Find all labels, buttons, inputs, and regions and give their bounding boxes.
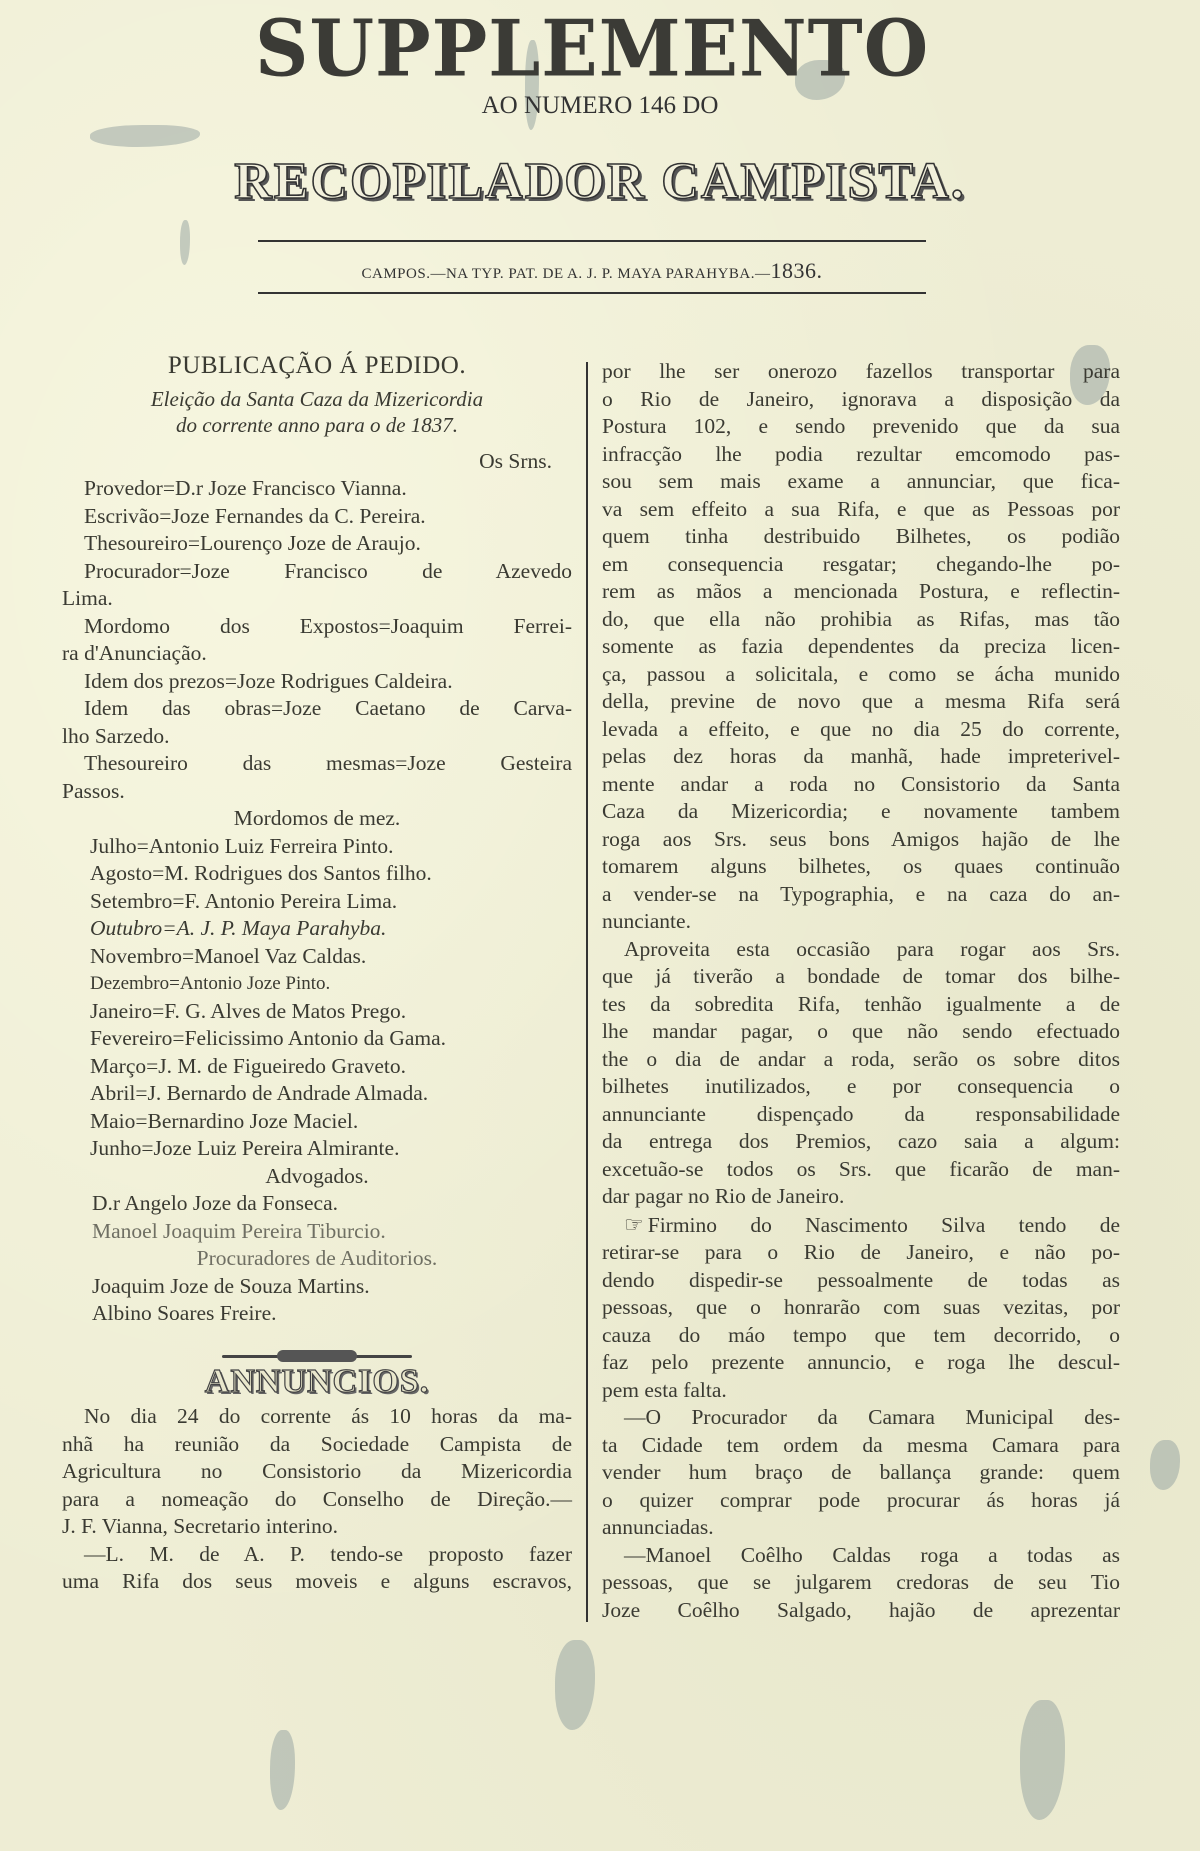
annuncio-line: uma Rifa dos seus moveis e alguns escrav… — [62, 1568, 572, 1596]
masthead-rule-top — [258, 240, 926, 242]
text-line: roga aos Srs. seus bons Amigos hajão de … — [602, 826, 1120, 854]
annuncio-line: para a nomeação do Conselho de Direção.— — [62, 1486, 572, 1514]
text-line: sou sem mais exame a annunciar, que fica… — [602, 468, 1120, 496]
text-line: Joze Coêlho Salgado, hajão de aprezentar — [602, 1597, 1120, 1625]
rifa-continuation: por lhe ser onerozo fazellos transportar… — [602, 358, 1120, 936]
procuradores-list: Joaquim Joze de Souza Martins. Albino So… — [62, 1273, 572, 1328]
text-line: o Rio de Janeiro, ignorava a disposição … — [602, 386, 1120, 414]
issue-number-line: AO NUMERO 146 DO — [0, 92, 1200, 120]
text-line: pelas dez horas da manhã, hade impreteri… — [602, 743, 1120, 771]
advogados-list: D.r Angelo Joze da Fonseca. Manoel Joaqu… — [62, 1190, 572, 1245]
mordomo-entry: Novembro=Manoel Vaz Caldas. — [90, 943, 572, 971]
water-stain — [555, 1640, 595, 1730]
procurador-entry: Joaquim Joze de Souza Martins. — [92, 1273, 572, 1301]
text-line: levada a effeito, e que no dia 25 do cor… — [602, 716, 1120, 744]
manoel-caldas-paragraph: —Manoel Coêlho Caldas roga a todas as pe… — [602, 1542, 1120, 1625]
masthead-rule-bottom — [258, 292, 926, 294]
annuncio-line: Agricultura no Consistorio da Mizericord… — [62, 1458, 572, 1486]
text-line: nunciante. — [602, 908, 1120, 936]
mordomo-entry: Fevereiro=Felicissimo Antonio da Gama. — [90, 1025, 572, 1053]
text-line: Aproveita esta occasião para rogar aos S… — [602, 936, 1120, 964]
water-stain — [180, 220, 190, 265]
left-column: PUBLICAÇÃO Á PEDIDO. Eleição da Santa Ca… — [62, 352, 572, 1596]
text-line: tomarem alguns bilhetes, os quaes contin… — [602, 853, 1120, 881]
imprint-year: 1836. — [771, 258, 823, 283]
mordomo-entry: Janeiro=F. G. Alves de Matos Prego. — [90, 998, 572, 1026]
text-line: ça, passou a solicitala, e como se ácha … — [602, 661, 1120, 689]
mordomo-entry: Agosto=M. Rodrigues dos Santos filho. — [90, 860, 572, 888]
text-line: ta Cidade tem ordem da mesma Camara para — [602, 1432, 1120, 1460]
section-heading: PUBLICAÇÃO Á PEDIDO. — [62, 352, 572, 380]
aproveita-paragraph: Aproveita esta occasião para rogar aos S… — [602, 936, 1120, 1211]
text-line: Caza da Mizericordia; e novamente tambem — [602, 798, 1120, 826]
procurador-entry: Albino Soares Freire. — [92, 1300, 572, 1328]
election-subheading-2: do corrente anno para o de 1837. — [62, 412, 572, 438]
procuradores-heading: Procuradores de Auditorios. — [62, 1245, 572, 1273]
text-line: della, previne de novo que a mesma Rifa … — [602, 688, 1120, 716]
officer-entry: Idem dos prezos=Joze Rodrigues Caldeira. — [62, 668, 572, 696]
officer-entry: Escrivão=Joze Fernandes da C. Pereira. — [62, 503, 572, 531]
text-line: dar pagar no Rio de Janeiro. — [602, 1183, 1120, 1211]
text-line: pessoas, que o honrarão com suas vezitas… — [602, 1294, 1120, 1322]
officer-entry: Passos. — [62, 778, 572, 806]
officer-entry: Idem das obras=Joze Caetano de Carva- — [62, 695, 572, 723]
text-line: pessoas, que se julgarem credoras de seu… — [602, 1569, 1120, 1597]
column-divider — [586, 362, 588, 1622]
officer-entry: lho Sarzedo. — [62, 723, 572, 751]
mordomo-entry: Dezembro=Antonio Joze Pinto. — [90, 970, 572, 998]
mordomos-heading: Mordomos de mez. — [62, 805, 572, 833]
advogados-heading: Advogados. — [62, 1163, 572, 1191]
annuncio-line: No dia 24 do corrente ás 10 horas da ma- — [62, 1403, 572, 1431]
text-line: infracção lhe podia rezultar emcomodo pa… — [602, 441, 1120, 469]
imprint-text: CAMPOS.—NA TYP. PAT. DE A. J. P. MAYA PA… — [362, 266, 771, 282]
officer-entry: Lima. — [62, 585, 572, 613]
text-line: —O Procurador da Camara Municipal des- — [602, 1404, 1120, 1432]
text-line: pem esta falta. — [602, 1377, 1120, 1405]
text-line: a vender-se na Typographia, e na caza do… — [602, 881, 1120, 909]
mordomo-entry: Setembro=F. Antonio Pereira Lima. — [90, 888, 572, 916]
water-stain — [1020, 1700, 1065, 1820]
newspaper-page: SUPPLEMENTO AO NUMERO 146 DO RECOPILADOR… — [0, 0, 1200, 1851]
text-line: por lhe ser onerozo fazellos transportar… — [602, 358, 1120, 386]
text-line: excetuão-se todos os Srs. que ficarão de… — [602, 1156, 1120, 1184]
text-line: do, que ella não prohibia as Rifas, mas … — [602, 606, 1120, 634]
advogado-entry: Manoel Joaquim Pereira Tiburcio. — [92, 1218, 572, 1246]
newspaper-name: RECOPILADOR CAMPISTA. — [0, 152, 1200, 211]
text-line: cauza do máo tempo que tem decorrido, o — [602, 1322, 1120, 1350]
officer-entry: ra d'Anunciação. — [62, 640, 572, 668]
supplement-title: SUPPLEMENTO — [255, 4, 915, 94]
text-line: the o dia de andar a roda, serão os sobr… — [602, 1046, 1120, 1074]
text-line: dendo dispedir-se pessoalmente de todas … — [602, 1267, 1120, 1295]
procurador-camara-paragraph: —O Procurador da Camara Municipal des- t… — [602, 1404, 1120, 1542]
text-line: da entrega dos Premios, cazo saia a algu… — [602, 1128, 1120, 1156]
annuncio-sociedade: No dia 24 do corrente ás 10 horas da ma-… — [62, 1403, 572, 1541]
text-line: mente andar a roda no Consistorio da San… — [602, 771, 1120, 799]
annuncio-line: nhã ha reunião da Sociedade Campista de — [62, 1431, 572, 1459]
salutation: Os Srns. — [62, 448, 572, 476]
text-line: retirar-se para o Rio de Janeiro, e não … — [602, 1239, 1120, 1267]
text-line: lhe mandar pagar, o que não sendo efectu… — [602, 1018, 1120, 1046]
text-line: quem tinha destribuido Bilhetes, os podi… — [602, 523, 1120, 551]
firmino-paragraph: ☞Firmino do Nascimento Silva tendo de re… — [602, 1211, 1120, 1405]
officer-entry: Mordomo dos Expostos=Joaquim Ferrei- — [62, 613, 572, 641]
mordomo-entry: Julho=Antonio Luiz Ferreira Pinto. — [90, 833, 572, 861]
text-line: Postura 102, e sendo prevenido que da su… — [602, 413, 1120, 441]
text-line: annunciadas. — [602, 1514, 1120, 1542]
text-line: —Manoel Coêlho Caldas roga a todas as — [602, 1542, 1120, 1570]
ornamental-divider — [222, 1350, 412, 1362]
mordomo-entry: Maio=Bernardino Joze Maciel. — [90, 1108, 572, 1136]
mordomo-entry: Junho=Joze Luiz Pereira Almirante. — [90, 1135, 572, 1163]
text-line: somente as fazia dependentes da preciza … — [602, 633, 1120, 661]
mordomos-list: Julho=Antonio Luiz Ferreira Pinto. Agost… — [62, 833, 572, 1163]
text-line: bilhetes inutilizados, e por consequenci… — [602, 1073, 1120, 1101]
officer-entry: Thesoureiro das mesmas=Joze Gesteira — [62, 750, 572, 778]
text-line: va sem effeito a sua Rifa, e que as Pess… — [602, 496, 1120, 524]
text-line: que já tiverão a bondade de tomar dos bi… — [602, 963, 1120, 991]
water-stain — [90, 125, 200, 147]
text-line: ☞Firmino do Nascimento Silva tendo de — [602, 1211, 1120, 1240]
officers-list: Provedor=D.r Joze Francisco Vianna. Escr… — [62, 475, 572, 805]
advogado-entry: D.r Angelo Joze da Fonseca. — [92, 1190, 572, 1218]
annuncios-heading: ANNUNCIOS. — [62, 1368, 572, 1396]
election-subheading-1: Eleição da Santa Caza da Mizericordia — [62, 386, 572, 412]
imprint-line: CAMPOS.—NA TYP. PAT. DE A. J. P. MAYA PA… — [258, 258, 926, 284]
mordomo-entry: Outubro=A. J. P. Maya Parahyba. — [90, 915, 572, 943]
officer-entry: Thesoureiro=Lourenço Joze de Araujo. — [62, 530, 572, 558]
text-line: annunciante dispençado da responsabilida… — [602, 1101, 1120, 1129]
water-stain — [1150, 1440, 1180, 1490]
text-line: vender hum braço de ballança grande: que… — [602, 1459, 1120, 1487]
text-line: rem as mãos a mencionada Postura, e refl… — [602, 578, 1120, 606]
mordomo-entry: Abril=J. Bernardo de Andrade Almada. — [90, 1080, 572, 1108]
text-line: tes da sobredita Rifa, tenhão igualmente… — [602, 991, 1120, 1019]
text-line: faz pelo prezente annuncio, e roga lhe d… — [602, 1349, 1120, 1377]
officer-entry: Procurador=Joze Francisco de Azevedo — [62, 558, 572, 586]
water-stain — [270, 1730, 295, 1810]
annuncio-line: J. F. Vianna, Secretario interino. — [62, 1513, 572, 1541]
text-line: em consequencia resgatar; chegando-lhe p… — [602, 551, 1120, 579]
mordomo-entry: Março=J. M. de Figueiredo Graveto. — [90, 1053, 572, 1081]
text-line: o quizer comprar pode procurar ás horas … — [602, 1487, 1120, 1515]
right-column: por lhe ser onerozo fazellos transportar… — [602, 358, 1120, 1624]
annuncio-line: —L. M. de A. P. tendo-se proposto fazer — [62, 1541, 572, 1569]
pointing-hand-icon: ☞ — [624, 1211, 644, 1239]
firmino-first-line: Firmino do Nascimento Silva tendo de — [648, 1213, 1120, 1237]
officer-entry: Provedor=D.r Joze Francisco Vianna. — [62, 475, 572, 503]
annuncio-rifa-start: —L. M. de A. P. tendo-se proposto fazer … — [62, 1541, 572, 1596]
